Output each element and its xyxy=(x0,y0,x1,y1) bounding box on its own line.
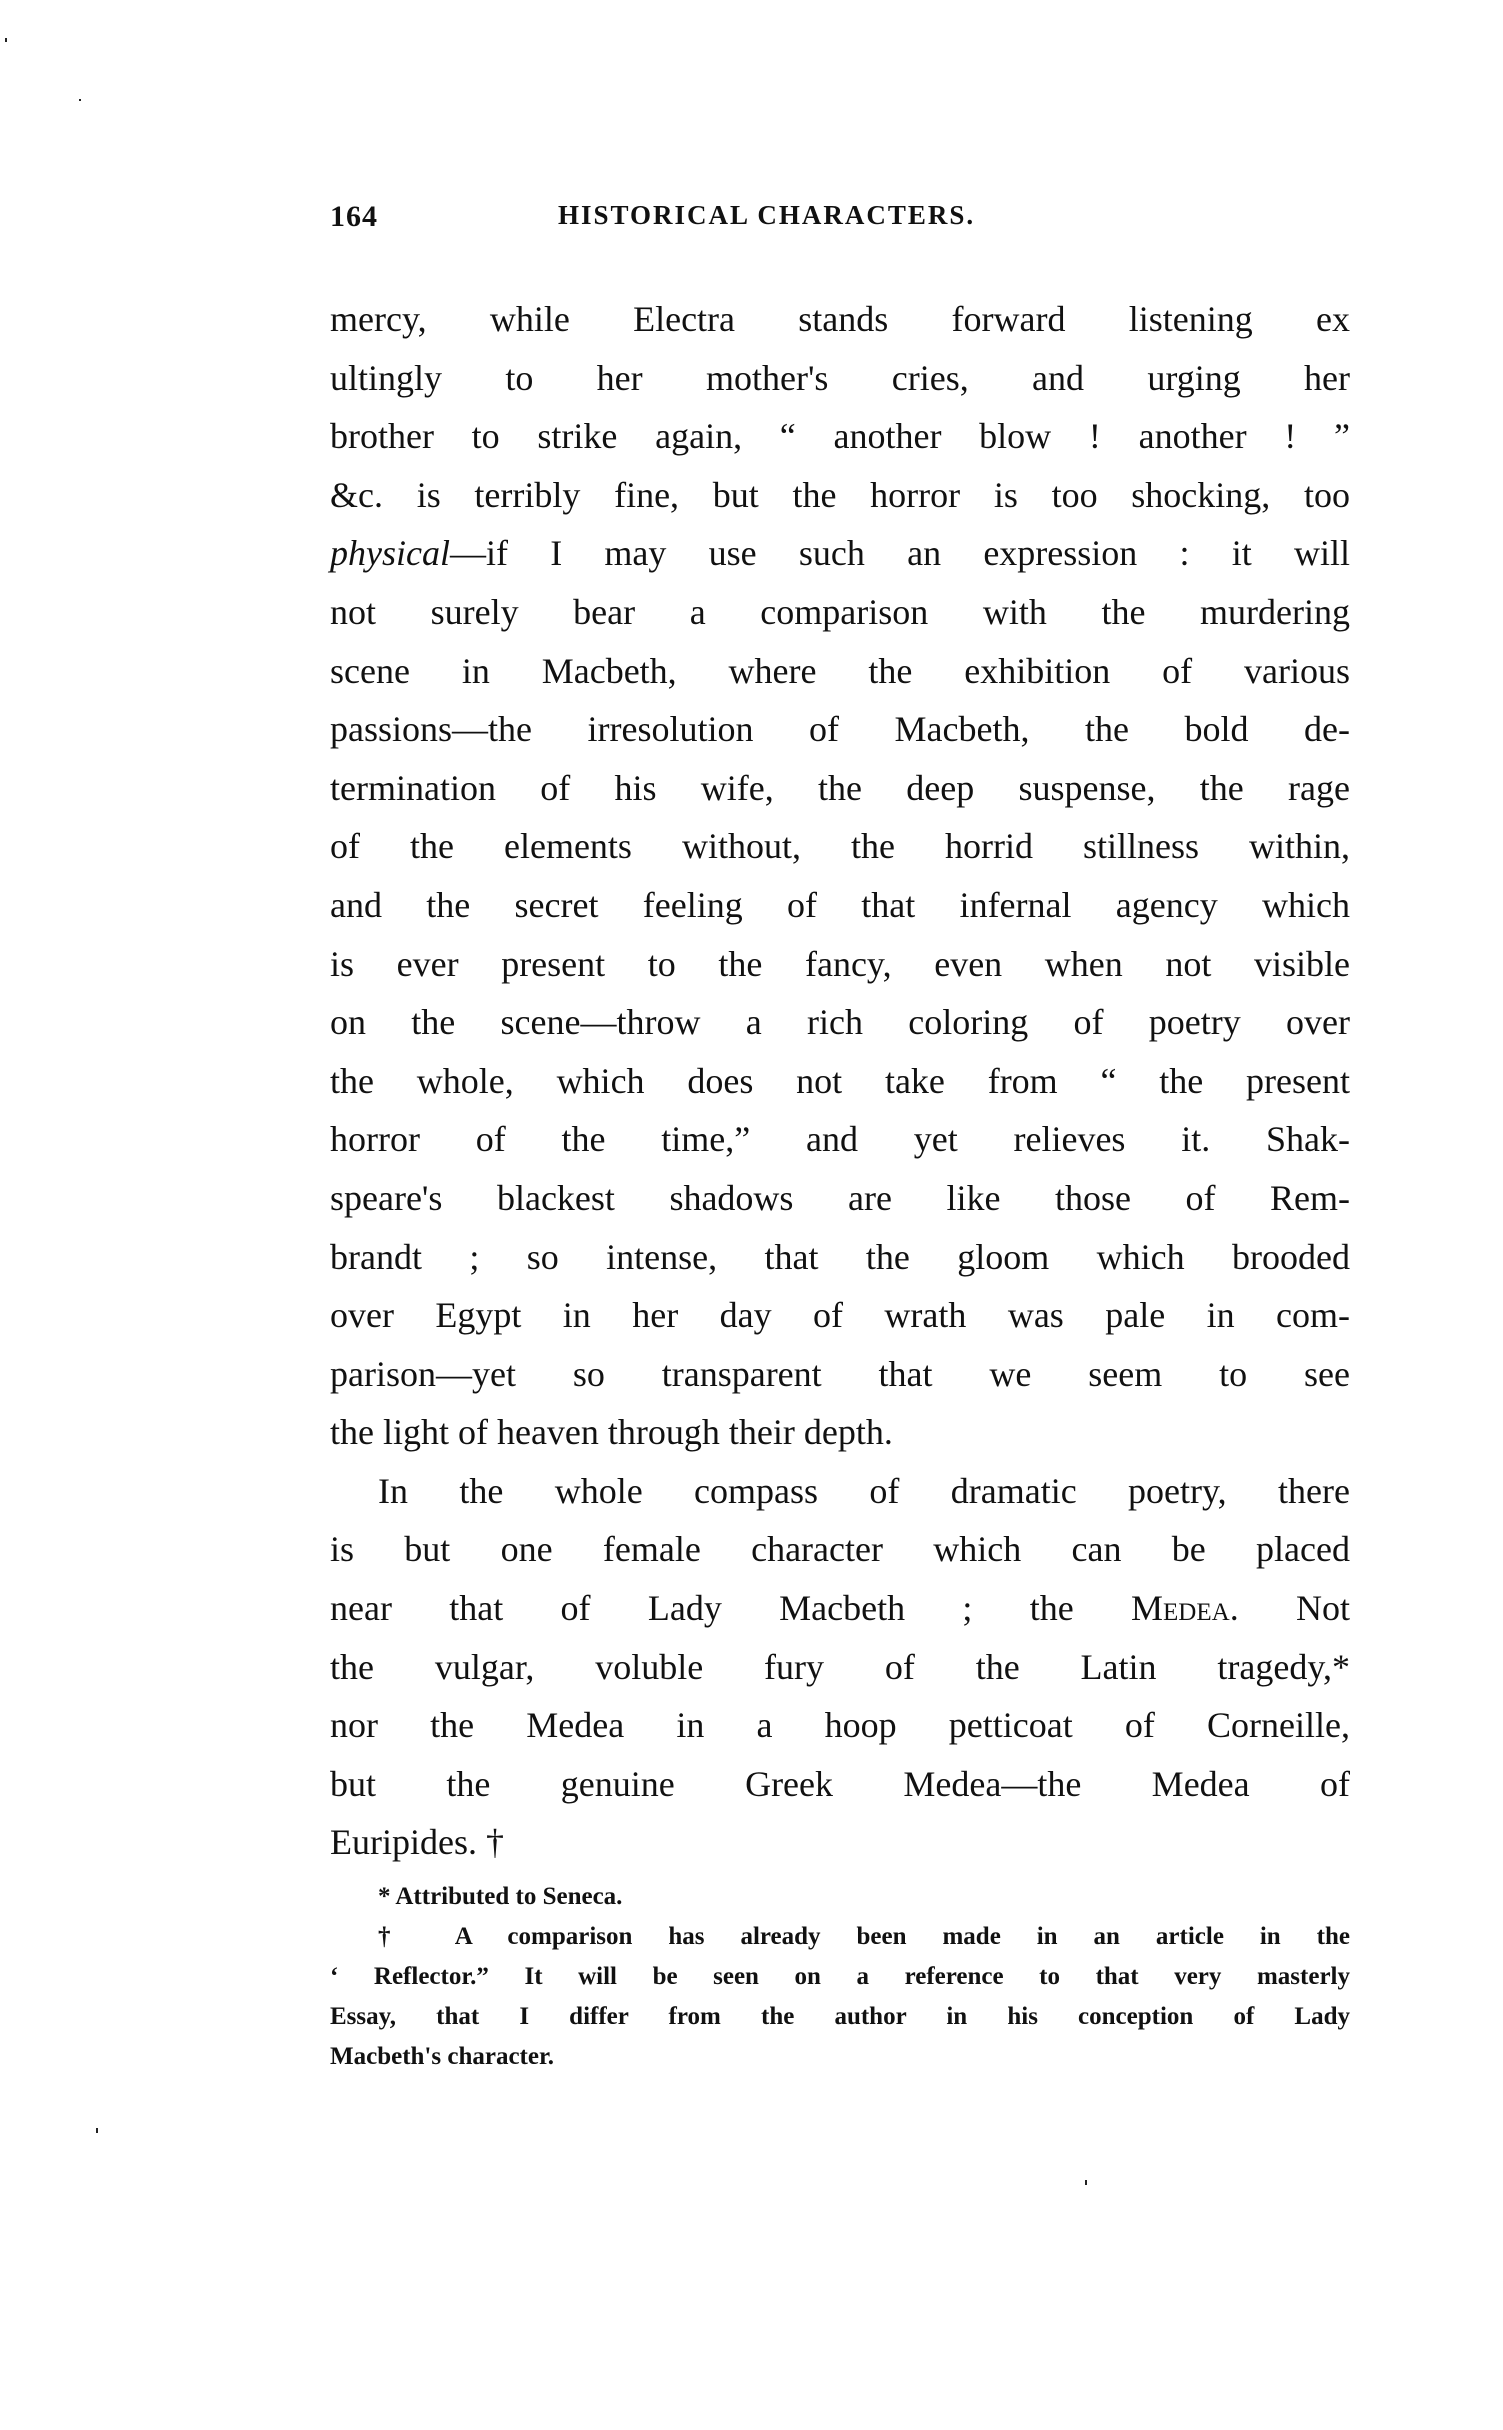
page-number: 164 xyxy=(330,200,378,234)
text-line: is ever present to the fancy, even when … xyxy=(330,935,1350,994)
text-line: but the genuine Greek Medea—the Medea of xyxy=(330,1755,1350,1814)
text-line: brandt ; so intense, that the gloom whic… xyxy=(330,1228,1350,1287)
text-line: physical—if I may use such an expression… xyxy=(330,524,1350,583)
paragraph-2: In the whole compass of dramatic poetry,… xyxy=(330,1462,1350,1872)
text-line: horror of the time,” and yet relieves it… xyxy=(330,1110,1350,1169)
text-line: the vulgar, voluble fury of the Latin tr… xyxy=(330,1638,1350,1697)
scan-speck xyxy=(5,38,7,42)
text-line: In the whole compass of dramatic poetry,… xyxy=(330,1462,1350,1521)
small-caps-word: Medea xyxy=(1131,1588,1230,1628)
body-text: mercy, while Electra stands forward list… xyxy=(330,290,1350,1872)
text-line: scene in Macbeth, where the exhibition o… xyxy=(330,642,1350,701)
italic-word: physical xyxy=(330,533,450,573)
scan-speck xyxy=(1085,2180,1087,2185)
footnote-2-line: Macbeth's character. xyxy=(330,2037,1350,2077)
text-line: and the secret feeling of that infernal … xyxy=(330,876,1350,935)
text-line: on the scene—throw a rich coloring of po… xyxy=(330,993,1350,1052)
footnote-2-line: ‘ Reflector.” It will be seen on a refer… xyxy=(330,1957,1350,1997)
text-fragment: . Not xyxy=(1230,1588,1350,1628)
footnotes: * Attributed to Seneca. † A comparison h… xyxy=(330,1877,1350,2077)
text-line: of the elements without, the horrid stil… xyxy=(330,817,1350,876)
text-line: ultingly to her mother's cries, and urgi… xyxy=(330,349,1350,408)
text-line: parison—yet so transparent that we seem … xyxy=(330,1345,1350,1404)
text-line: the light of heaven through their depth. xyxy=(330,1403,1350,1462)
text-line: near that of Lady Macbeth ; the Medea. N… xyxy=(330,1579,1350,1638)
footnote-2-line: Essay, that I differ from the author in … xyxy=(330,1997,1350,2037)
scan-speck xyxy=(96,2128,98,2133)
footnote-2-line: † A comparison has already been made in … xyxy=(330,1917,1350,1957)
running-head: 164 HISTORICAL CHARACTERS. xyxy=(330,200,1350,240)
text-line: not surely bear a comparison with the mu… xyxy=(330,583,1350,642)
text-line: termination of his wife, the deep suspen… xyxy=(330,759,1350,818)
text-fragment: —if I may use such an expression : it wi… xyxy=(450,533,1350,573)
text-line: the whole, which does not take from “ th… xyxy=(330,1052,1350,1111)
text-line: Euripides. † xyxy=(330,1813,1350,1872)
text-line: is but one female character which can be… xyxy=(330,1520,1350,1579)
text-fragment: near that of Lady Macbeth ; the xyxy=(330,1588,1131,1628)
scan-speck xyxy=(79,99,81,101)
running-title: HISTORICAL CHARACTERS. xyxy=(558,200,975,231)
text-line: over Egypt in her day of wrath was pale … xyxy=(330,1286,1350,1345)
text-line: nor the Medea in a hoop petticoat of Cor… xyxy=(330,1696,1350,1755)
text-line: passions—the irresolution of Macbeth, th… xyxy=(330,700,1350,759)
paragraph-1: mercy, while Electra stands forward list… xyxy=(330,290,1350,1462)
text-line: mercy, while Electra stands forward list… xyxy=(330,290,1350,349)
footnote-1: * Attributed to Seneca. xyxy=(330,1877,1350,1917)
text-line: speare's blackest shadows are like those… xyxy=(330,1169,1350,1228)
text-line: brother to strike again, “ another blow … xyxy=(330,407,1350,466)
text-line: &c. is terribly fine, but the horror is … xyxy=(330,466,1350,525)
